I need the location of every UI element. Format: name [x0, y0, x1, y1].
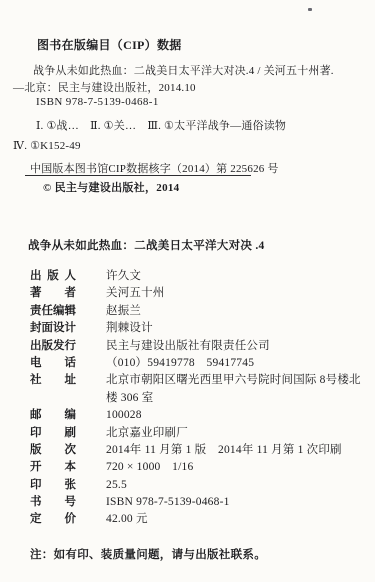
colophon-row-editor: 责任编辑 赵振兰	[30, 303, 360, 320]
colophon-label: 责任编辑	[30, 303, 76, 320]
colophon-table: 出版人 许久文 著者 关河五十州 责任编辑 赵振兰 封面设计 荆棘设计 出版发行…	[30, 268, 360, 529]
colophon-label: 出版发行	[30, 338, 76, 355]
colophon-value: 赵振兰	[106, 303, 141, 320]
cip-entry-publisher: —北京：民主与建设出版社，2014.10	[13, 79, 196, 95]
colophon-value: 720 × 1000 1/16	[106, 459, 193, 476]
colophon-value: 25.5	[106, 477, 127, 494]
colophon-row-isbn: 书号 ISBN 978-7-5139-0468-1	[30, 494, 360, 511]
colophon-value: 北京市朝阳区曙光西里甲六号院时间国际 8号楼北	[106, 372, 361, 389]
colophon-row-postcode: 邮编 100028	[30, 407, 360, 424]
colophon-label: 出版人	[30, 268, 76, 285]
quality-note: 注：如有印、装质量问题，请与出版社联系。	[30, 546, 266, 562]
colophon-label: 版次	[30, 442, 76, 459]
book-title: 战争从未如此热血：二战美日太平洋大对决 .4	[28, 237, 265, 253]
colophon-value: 42.00 元	[106, 511, 148, 528]
colophon-label: 书号	[30, 494, 76, 511]
colophon-label: 电话	[30, 355, 76, 372]
cip-record-number: 中国版本图书馆CIP数据核字（2014）第 225626 号	[30, 160, 279, 176]
scan-speck	[308, 8, 312, 11]
colophon-label: 印张	[30, 477, 76, 494]
colophon-row-cover-design: 封面设计 荆棘设计	[30, 320, 360, 337]
colophon-row-address: 社址 北京市朝阳区曙光西里甲六号院时间国际 8号楼北	[30, 372, 360, 389]
colophon-label: 印刷	[30, 425, 76, 442]
colophon-row-edition: 版次 2014年 11 月第 1 版 2014年 11 月第 1 次印刷	[30, 442, 360, 459]
colophon-row-publisher: 出版发行 民主与建设出版社有限责任公司	[30, 338, 360, 355]
colophon-row-format: 开本 720 × 1000 1/16	[30, 459, 360, 476]
colophon-row-author: 著者 关河五十州	[30, 285, 360, 302]
colophon-value: 2014年 11 月第 1 版 2014年 11 月第 1 次印刷	[106, 442, 342, 459]
colophon-value: 100028	[106, 407, 142, 424]
colophon-label: 开本	[30, 459, 76, 476]
cip-classification: Ⅰ. ①战… Ⅱ. ①关… Ⅲ. ①太平洋战争—通俗读物	[36, 117, 286, 133]
colophon-row-publisher-person: 出版人 许久文	[30, 268, 360, 285]
copyright-notice: © 民主与建设出版社，2014	[43, 179, 179, 195]
colophon-value: 北京嘉业印刷厂	[106, 425, 188, 442]
cip-class-number: Ⅳ. ①K152-49	[13, 139, 81, 152]
colophon-value: 民主与建设出版社有限责任公司	[106, 338, 270, 355]
colophon-label: 封面设计	[30, 320, 76, 337]
cip-heading: 图书在版编目（CIP）数据	[37, 36, 182, 53]
cip-isbn: ISBN 978-7-5139-0468-1	[36, 96, 159, 108]
section-divider	[25, 175, 251, 176]
colophon-row-printer: 印刷 北京嘉业印刷厂	[30, 425, 360, 442]
colophon-label: 邮编	[30, 407, 76, 424]
colophon-value: （010）59419778 59417745	[106, 355, 254, 372]
colophon-row-phone: 电话 （010）59419778 59417745	[30, 355, 360, 372]
cip-entry-title: 战争从未如此热血：二战美日太平洋大对决.4 / 关河五十州著.	[33, 62, 334, 78]
copyright-page: 图书在版编目（CIP）数据 战争从未如此热血：二战美日太平洋大对决.4 / 关河…	[0, 0, 375, 582]
colophon-label: 定价	[30, 511, 76, 528]
colophon-value: 楼 306 室	[106, 390, 153, 407]
colophon-value: ISBN 978-7-5139-0468-1	[106, 494, 230, 511]
colophon-value: 荆棘设计	[106, 320, 153, 337]
colophon-label	[30, 390, 76, 407]
colophon-row-address-cont: 楼 306 室	[30, 390, 360, 407]
colophon-row-price: 定价 42.00 元	[30, 511, 360, 528]
colophon-label: 社址	[30, 372, 76, 389]
colophon-value: 关河五十州	[106, 285, 165, 302]
colophon-row-sheets: 印张 25.5	[30, 477, 360, 494]
colophon-label: 著者	[30, 285, 76, 302]
colophon-value: 许久文	[106, 268, 141, 285]
